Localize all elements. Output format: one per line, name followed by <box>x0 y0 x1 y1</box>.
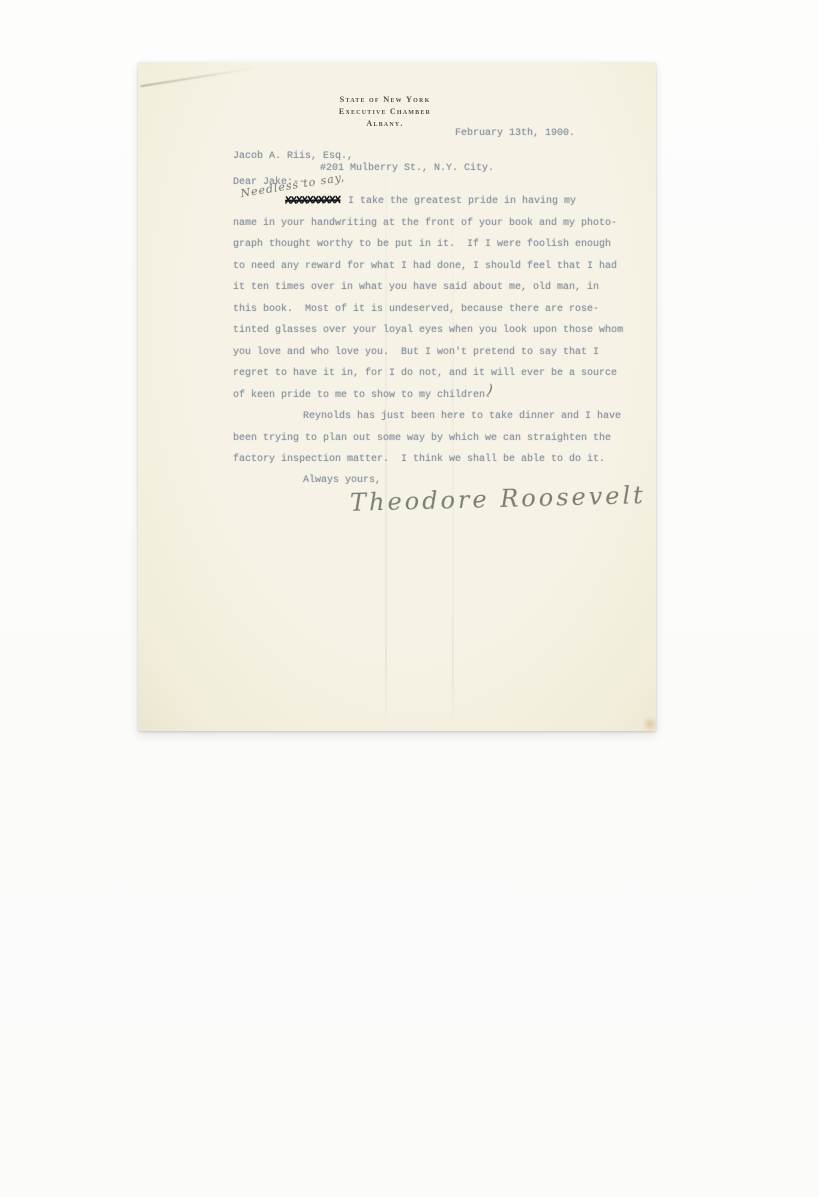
letter-date: February 13th, 1900. <box>455 128 575 140</box>
body-line: it ten times over in what you have said … <box>233 282 599 294</box>
body-line: XXXXXXXXXXI take the greatest pride in h… <box>285 196 576 208</box>
paper-stain <box>642 717 658 731</box>
letterhead-chamber: Executive Chamber <box>305 107 465 116</box>
letterhead-state: State of New York <box>305 94 465 104</box>
signature: Theodore Roosevelt <box>350 481 646 517</box>
closing: Always yours, <box>303 475 381 487</box>
body-line-text: I take the greatest pride in having my <box>348 196 576 207</box>
recipient-name: Jacob A. Riis, Esq., <box>233 151 353 163</box>
recipient-address: #201 Mulberry St., N.Y. City. <box>320 163 494 175</box>
letterhead-city: Albany. <box>305 119 465 128</box>
paper-crease-top-left <box>141 67 258 87</box>
body-line: name in your handwriting at the front of… <box>233 218 617 230</box>
body-line: this book. Most of it is undeserved, bec… <box>233 304 599 316</box>
body-line: factory inspection matter. I think we sh… <box>233 454 605 466</box>
letter-paper: State of New York Executive Chamber Alba… <box>138 62 656 731</box>
body-line: graph thought worthy to be put in it. If… <box>233 239 611 251</box>
body-line: regret to have it in, for I do not, and … <box>233 368 617 380</box>
body-line: of keen pride to me to show to my childr… <box>233 390 491 402</box>
body-line: been trying to plan out some way by whic… <box>233 433 611 445</box>
body-line: Reynolds has just been here to take dinn… <box>303 411 621 423</box>
handwritten-mark: ) <box>486 382 494 399</box>
body-line: tinted glasses over your loyal eyes when… <box>233 325 623 337</box>
struck-out-word: XXXXXXXXXX <box>285 196 341 208</box>
body-line: to need any reward for what I had done, … <box>233 261 617 273</box>
body-line: you love and who love you. But I won't p… <box>233 347 599 359</box>
